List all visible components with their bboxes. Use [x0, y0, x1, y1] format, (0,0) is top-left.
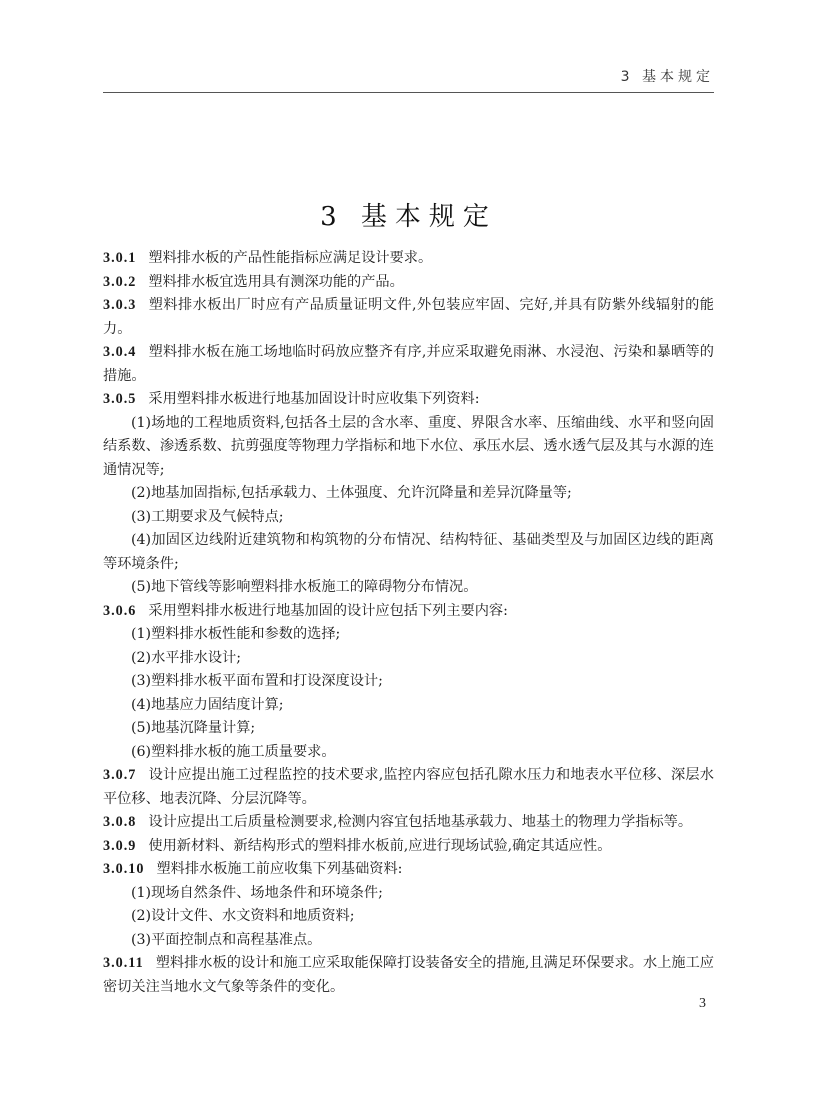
clause-text: 塑料排水板宜选用具有测深功能的产品。: [148, 274, 403, 290]
clause-number: 3.0.2: [103, 274, 136, 290]
list-item: (4)地基应力固结度计算;: [103, 694, 714, 718]
clause-number: 3.0.11: [103, 955, 144, 971]
clause-number: 3.0.4: [103, 344, 136, 360]
list-item: (6)塑料排水板的施工质量要求。: [103, 741, 714, 765]
clause-number: 3.0.1: [103, 250, 136, 266]
list-item: (3)塑料排水板平面布置和打设深度设计;: [103, 670, 714, 694]
clause-3-0-6: 3.0.6采用塑料排水板进行地基加固的设计应包括下列主要内容:: [103, 600, 714, 624]
list-item: (4)加固区边线附近建筑物和构筑物的分布情况、结构特征、基础类型及与加固区边线的…: [103, 529, 714, 576]
clause-number: 3.0.8: [103, 814, 136, 830]
body-text: 3.0.1塑料排水板的产品性能指标应满足设计要求。 3.0.2塑料排水板宜选用具…: [103, 247, 714, 999]
clause-3-0-4: 3.0.4塑料排水板在施工场地临时码放应整齐有序,并应采取避免雨淋、水浸泡、污染…: [103, 341, 714, 388]
list-item: (3)工期要求及气候特点;: [103, 506, 714, 530]
list-item: (2)地基加固指标,包括承载力、土体强度、允许沉降量和差异沉降量等;: [103, 482, 714, 506]
clause-number: 3.0.6: [103, 603, 136, 619]
clause-3-0-1: 3.0.1塑料排水板的产品性能指标应满足设计要求。: [103, 247, 714, 271]
running-head: 3 基本规定: [621, 66, 714, 86]
clause-number: 3.0.7: [103, 767, 136, 783]
clause-text: 塑料排水板施工前应收集下列基础资料:: [156, 861, 402, 877]
clause-3-0-10: 3.0.10塑料排水板施工前应收集下列基础资料:: [103, 858, 714, 882]
clause-number: 3.0.9: [103, 838, 136, 854]
clause-3-0-3: 3.0.3塑料排水板出厂时应有产品质量证明文件,外包装应牢固、完好,并具有防紫外…: [103, 294, 714, 341]
page-number: 3: [699, 996, 706, 1012]
clause-text: 使用新材料、新结构形式的塑料排水板前,应进行现场试验,确定其适应性。: [148, 838, 611, 854]
list-item: (1)塑料排水板性能和参数的选择;: [103, 623, 714, 647]
chapter-title: 3 基本规定: [0, 196, 817, 233]
clause-3-0-2: 3.0.2塑料排水板宜选用具有测深功能的产品。: [103, 271, 714, 295]
list-item: (3)平面控制点和高程基准点。: [103, 929, 714, 953]
clause-number: 3.0.5: [103, 391, 136, 407]
list-item: (5)地下管线等影响塑料排水板施工的障碍物分布情况。: [103, 576, 714, 600]
list-item: (1)现场自然条件、场地条件和环境条件;: [103, 882, 714, 906]
clause-text: 设计应提出施工过程监控的技术要求,监控内容应包括孔隙水压力和地表水平位移、深层水…: [103, 767, 714, 807]
clause-text: 塑料排水板的设计和施工应采取能保障打设装备安全的措施,且满足环保要求。水上施工应…: [103, 955, 714, 995]
clause-number: 3.0.3: [103, 297, 136, 313]
header-rule: [103, 92, 714, 93]
clause-3-0-11: 3.0.11塑料排水板的设计和施工应采取能保障打设装备安全的措施,且满足环保要求…: [103, 952, 714, 999]
list-item: (5)地基沉降量计算;: [103, 717, 714, 741]
list-item: (1)场地的工程地质资料,包括各土层的含水率、重度、界限含水率、压缩曲线、水平和…: [103, 412, 714, 483]
clause-text: 设计应提出工后质量检测要求,检测内容宜包括地基承载力、地基土的物理力学指标等。: [148, 814, 692, 830]
list-item: (2)水平排水设计;: [103, 647, 714, 671]
clause-text: 采用塑料排水板进行地基加固设计时应收集下列资料:: [148, 391, 479, 407]
clause-3-0-5: 3.0.5采用塑料排水板进行地基加固设计时应收集下列资料:: [103, 388, 714, 412]
clause-number: 3.0.10: [103, 861, 144, 877]
clause-text: 塑料排水板出厂时应有产品质量证明文件,外包装应牢固、完好,并具有防紫外线辐射的能…: [103, 297, 714, 337]
clause-text: 采用塑料排水板进行地基加固的设计应包括下列主要内容:: [148, 603, 507, 619]
clause-text: 塑料排水板在施工场地临时码放应整齐有序,并应采取避免雨淋、水浸泡、污染和暴晒等的…: [103, 344, 714, 384]
clause-3-0-7: 3.0.7设计应提出施工过程监控的技术要求,监控内容应包括孔隙水压力和地表水平位…: [103, 764, 714, 811]
list-item: (2)设计文件、水文资料和地质资料;: [103, 905, 714, 929]
clause-3-0-9: 3.0.9使用新材料、新结构形式的塑料排水板前,应进行现场试验,确定其适应性。: [103, 835, 714, 859]
clause-3-0-8: 3.0.8设计应提出工后质量检测要求,检测内容宜包括地基承载力、地基土的物理力学…: [103, 811, 714, 835]
clause-text: 塑料排水板的产品性能指标应满足设计要求。: [148, 250, 432, 266]
